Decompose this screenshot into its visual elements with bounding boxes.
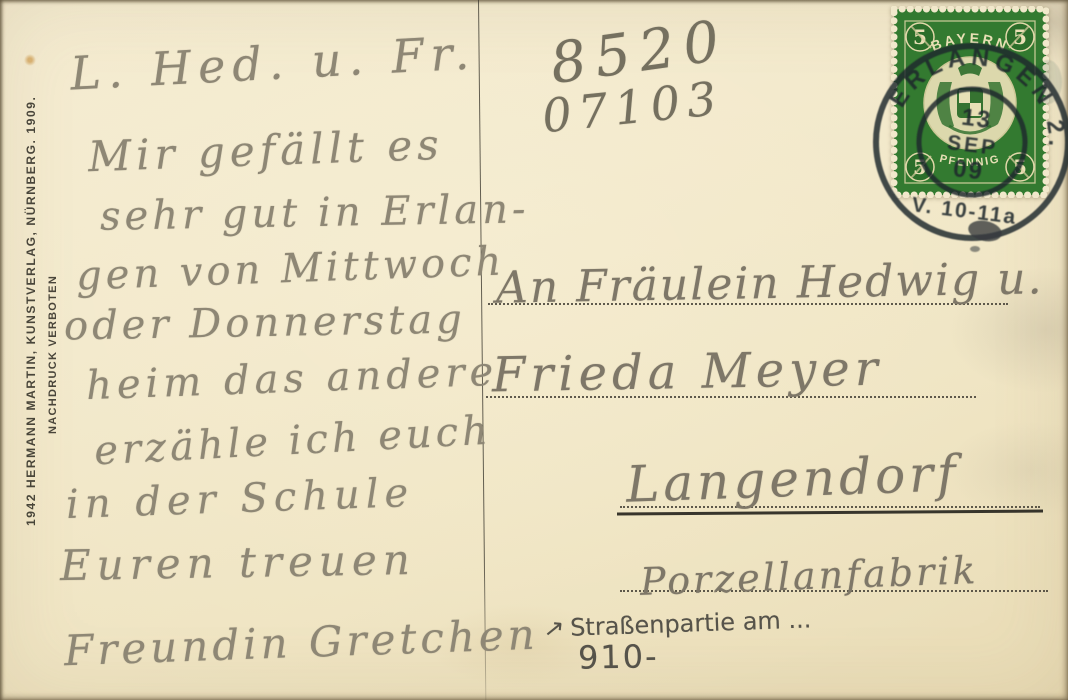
dealer-price: 910- — [578, 637, 659, 676]
message-line: oder Donnerstag — [64, 296, 466, 349]
message-line: Euren treuen — [60, 535, 417, 590]
address-line: Frieda Meyer — [492, 341, 884, 404]
arrow-icon: ↗ — [543, 613, 566, 643]
postmark-ink: ERLANGEN 2. 13 SEP 09 V. 10-11a — [853, 22, 1068, 261]
address-line: Langendorf — [625, 444, 960, 514]
postmark-smudge — [1034, 60, 1062, 104]
postmark-day: 13 — [960, 104, 994, 135]
publisher-imprint: 1942 HERMANN MARTIN, KUNSTVERLAG, NÜRNBE… — [24, 96, 38, 526]
message-line: sehr gut in Erlan- — [100, 186, 530, 239]
postmark-year: 09 — [952, 155, 986, 186]
copyright-imprint: NACHDRUCK VERBOTEN — [47, 275, 59, 434]
postmark: ERLANGEN 2. 13 SEP 09 V. 10-11a — [852, 22, 1068, 272]
postcard-back: { "card": { "imprint_line1": "1942 HERMA… — [0, 0, 1068, 700]
postmark-ink-speck — [970, 246, 980, 252]
